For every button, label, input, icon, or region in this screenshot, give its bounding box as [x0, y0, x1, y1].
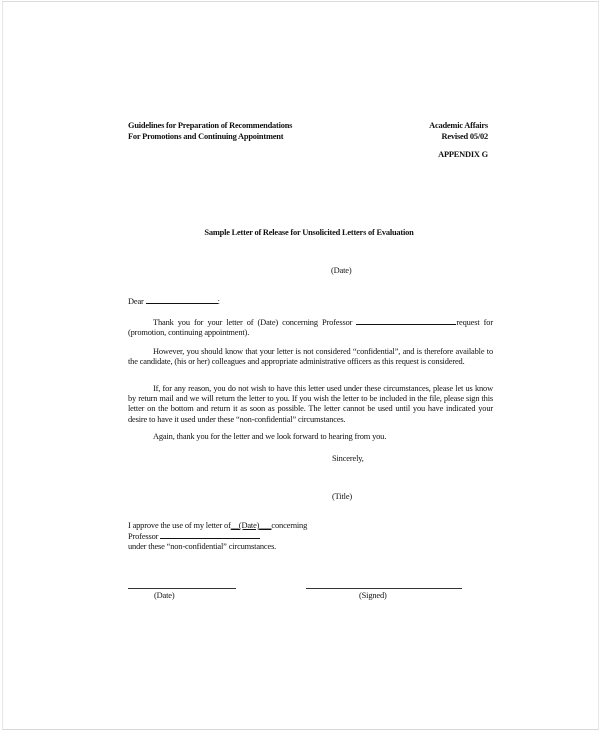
p1-text-before: Thank you for your letter of (Date) conc…: [153, 318, 352, 327]
addressee-blank[interactable]: [146, 296, 218, 304]
approval-text-before: I approve the use of my letter of: [128, 521, 231, 530]
professor-name-blank[interactable]: [356, 317, 456, 325]
p3-text: If, for any reason, you do not wish to h…: [128, 384, 493, 424]
approval-line-1: I approve the use of my letter of__(Date…: [128, 521, 307, 531]
approval-line-3: under these “non-confidential” circumsta…: [128, 542, 307, 552]
approval-professor-label: Professor: [128, 532, 158, 541]
approval-block: I approve the use of my letter of__(Date…: [128, 521, 307, 553]
signature-date-label: (Date): [154, 591, 175, 601]
closing-title: (Title): [332, 492, 352, 502]
p4-text: Again, thank you for the letter and we l…: [153, 432, 386, 441]
closing-sincerely: Sincerely,: [332, 454, 364, 464]
header-academic-affairs: Academic Affairs: [429, 121, 488, 132]
document-page: Guidelines for Preparation of Recommenda…: [2, 1, 599, 730]
salutation: Dear :: [128, 296, 220, 307]
salutation-prefix: Dear: [128, 297, 144, 306]
approval-professor-blank[interactable]: [160, 531, 260, 539]
approval-date-field[interactable]: __(Date)___: [231, 521, 272, 530]
approval-line-2: Professor: [128, 531, 307, 542]
header-left: Guidelines for Preparation of Recommenda…: [128, 121, 292, 142]
signature-signed-label: (Signed): [359, 591, 387, 601]
p2-text: However, you should know that your lette…: [128, 347, 493, 366]
letter-title: Sample Letter of Release for Unsolicited…: [3, 228, 600, 239]
approval-text-after: concerning: [271, 521, 307, 530]
header-revised: Revised 05/02: [429, 132, 488, 143]
paragraph-confidentiality: However, you should know that your lette…: [128, 347, 493, 367]
header-promotions: For Promotions and Continuing Appointmen…: [128, 132, 292, 143]
appendix-label: APPENDIX G: [438, 150, 488, 161]
paragraph-release: If, for any reason, you do not wish to h…: [128, 384, 493, 425]
paragraph-thank-you: Thank you for your letter of (Date) conc…: [128, 317, 493, 338]
signed-signature-line[interactable]: [306, 588, 462, 589]
header-right: Academic Affairs Revised 05/02: [429, 121, 488, 142]
date-signature-line[interactable]: [128, 588, 236, 589]
paragraph-closing: Again, thank you for the letter and we l…: [128, 432, 493, 442]
header-guidelines: Guidelines for Preparation of Recommenda…: [128, 121, 292, 132]
date-placeholder: (Date): [331, 266, 352, 276]
salutation-colon: :: [218, 297, 220, 306]
